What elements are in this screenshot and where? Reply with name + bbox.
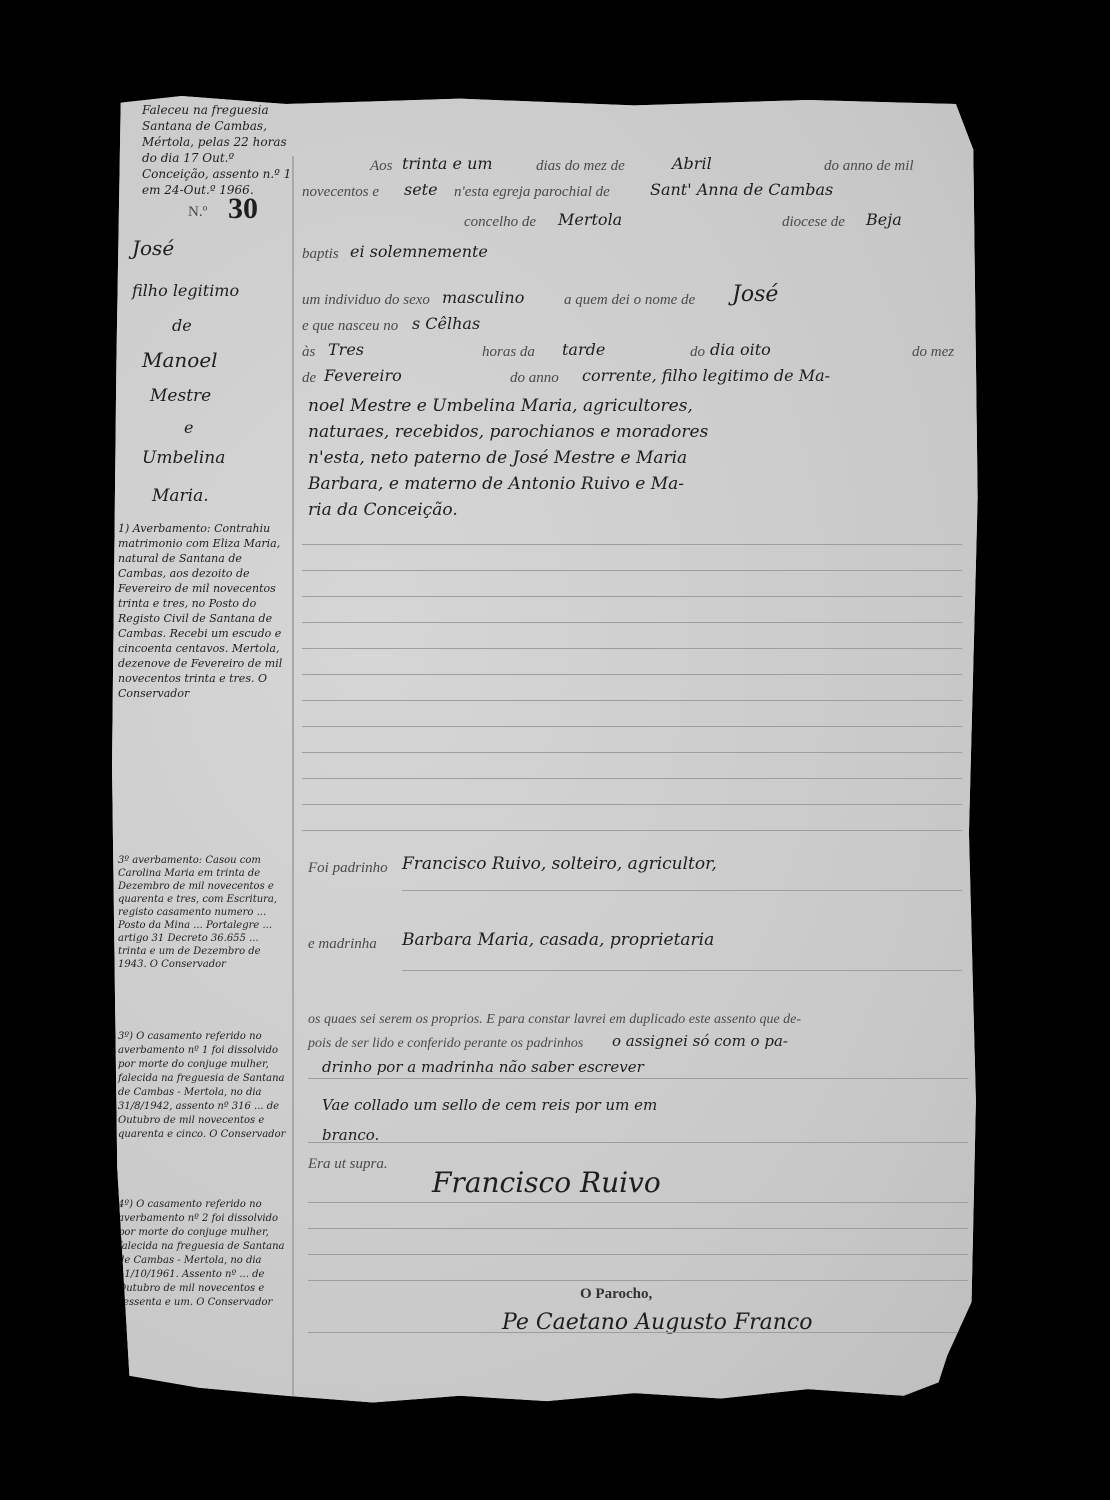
year-value: sete <box>404 180 438 199</box>
margin-parent-5: Umbelina <box>142 448 225 468</box>
ruled-line <box>402 890 962 891</box>
baptism-type-value: ei solemnemente <box>350 242 488 261</box>
death-note: Faleceu na freguesia Santana de Cambas, … <box>142 102 292 198</box>
parocho-label: O Parocho, <box>580 1286 652 1303</box>
printed-text: do <box>690 344 705 361</box>
ruled-line <box>308 1254 968 1255</box>
printed-text: n'esta egreja parochial de <box>454 184 610 201</box>
body-line: ria da Conceição. <box>308 500 458 520</box>
ruled-line <box>302 596 962 597</box>
number-label: N.º <box>188 204 207 221</box>
ruled-line <box>308 1202 968 1203</box>
margin-note-1: 1) Averbamento: Contrahiu matrimonio com… <box>118 521 288 701</box>
sex-value: masculino <box>442 288 524 307</box>
printed-text: diocese de <box>782 214 845 231</box>
ruled-line <box>302 726 962 727</box>
printed-text: horas da <box>482 344 535 361</box>
ruled-line <box>302 674 962 675</box>
printed-text: do mez <box>912 344 954 361</box>
margin-parent-0: filho legitimo <box>132 281 239 300</box>
printed-text: às <box>302 344 315 361</box>
ruled-line <box>302 648 962 649</box>
printed-text: baptis <box>302 246 339 263</box>
margin-parent-3: Mestre <box>150 386 211 406</box>
hour-value: Tres <box>328 340 364 359</box>
margin-name: José <box>132 236 174 260</box>
baptism-record-page: Faleceu na freguesia Santana de Cambas, … <box>112 96 982 1436</box>
birth-day-value: dia oito <box>710 340 771 359</box>
ruled-line <box>302 622 962 623</box>
printed-text: Aos <box>370 158 393 175</box>
margin-parent-1: de <box>172 316 192 335</box>
printed-text: do anno de mil <box>824 158 914 175</box>
closing-text: pois de ser lido e conferido perante os … <box>308 1036 583 1052</box>
period-value: tarde <box>562 340 605 359</box>
godfather-label: Foi padrinho <box>308 860 388 877</box>
godmother-label: e madrinha <box>308 936 377 953</box>
margin-parent-4: e <box>184 418 193 437</box>
godfather-signature: Francisco Ruivo <box>432 1166 661 1199</box>
printed-text: concelho de <box>464 214 536 231</box>
ruled-line <box>302 778 962 779</box>
printed-text: a quem dei o nome de <box>564 292 695 309</box>
ruled-line <box>402 970 962 971</box>
birth-year-value: corrente, filho legitimo de Ma- <box>582 366 830 385</box>
body-line: naturaes, recebidos, parochianos e morad… <box>308 422 708 442</box>
printed-text: novecentos e <box>302 184 379 201</box>
closing-handwritten: drinho por a madrinha não saber escrever <box>322 1058 644 1076</box>
ruled-line <box>308 1078 968 1079</box>
godmother-value: Barbara Maria, casada, proprietaria <box>402 930 714 950</box>
body-line: n'esta, neto paterno de José Mestre e Ma… <box>308 448 687 468</box>
margin-note-4: 4º) O casamento referido no averbamento … <box>118 1198 288 1310</box>
ruled-line <box>308 1228 968 1229</box>
county-value: Mertola <box>558 210 622 229</box>
child-name-value: José <box>732 282 778 307</box>
ruled-line <box>302 544 962 545</box>
printed-text: e que nasceu no <box>302 318 398 335</box>
ruled-line <box>302 570 962 571</box>
body-line: Barbara, e materno de Antonio Ruivo e Ma… <box>308 474 684 494</box>
diocese-value: Beja <box>866 210 902 229</box>
ruled-line <box>302 830 962 831</box>
closing-handwritten: o assignei só com o pa- <box>612 1032 788 1050</box>
era-ut-supra: Era ut supra. <box>308 1156 388 1173</box>
ruled-line <box>308 1280 968 1281</box>
month-value: Abril <box>672 154 712 173</box>
ruled-line <box>308 1332 968 1333</box>
closing-text: os quaes sei serem os proprios. E para c… <box>308 1012 801 1028</box>
godfather-value: Francisco Ruivo, solteiro, agricultor, <box>402 854 717 874</box>
margin-parent-6: Maria. <box>152 486 209 506</box>
margin-note-2: 3º averbamento: Casou com Carolina Maria… <box>118 854 288 971</box>
margin-parent-2: Manoel <box>142 348 218 372</box>
margin-divider <box>292 156 294 1396</box>
closing-handwritten: Vae collado um sello de cem reis por um … <box>322 1096 657 1114</box>
printed-text: um individuo do sexo <box>302 292 430 309</box>
ruled-line <box>302 804 962 805</box>
printed-text: dias do mez de <box>536 158 625 175</box>
body-line: noel Mestre e Umbelina Maria, agricultor… <box>308 396 693 416</box>
printed-text: do anno <box>510 370 559 387</box>
margin-note-3: 3º) O casamento referido no averbamento … <box>118 1030 288 1142</box>
birthplace-value: s Cêlhas <box>412 314 480 333</box>
ruled-line <box>308 1142 968 1143</box>
day-value: trinta e um <box>402 154 493 173</box>
printed-text: de <box>302 370 316 387</box>
parish-value: Sant' Anna de Cambas <box>650 180 833 199</box>
ruled-line <box>302 700 962 701</box>
ruled-line <box>302 752 962 753</box>
record-number: 30 <box>228 192 258 226</box>
birth-month-value: Fevereiro <box>324 366 402 385</box>
